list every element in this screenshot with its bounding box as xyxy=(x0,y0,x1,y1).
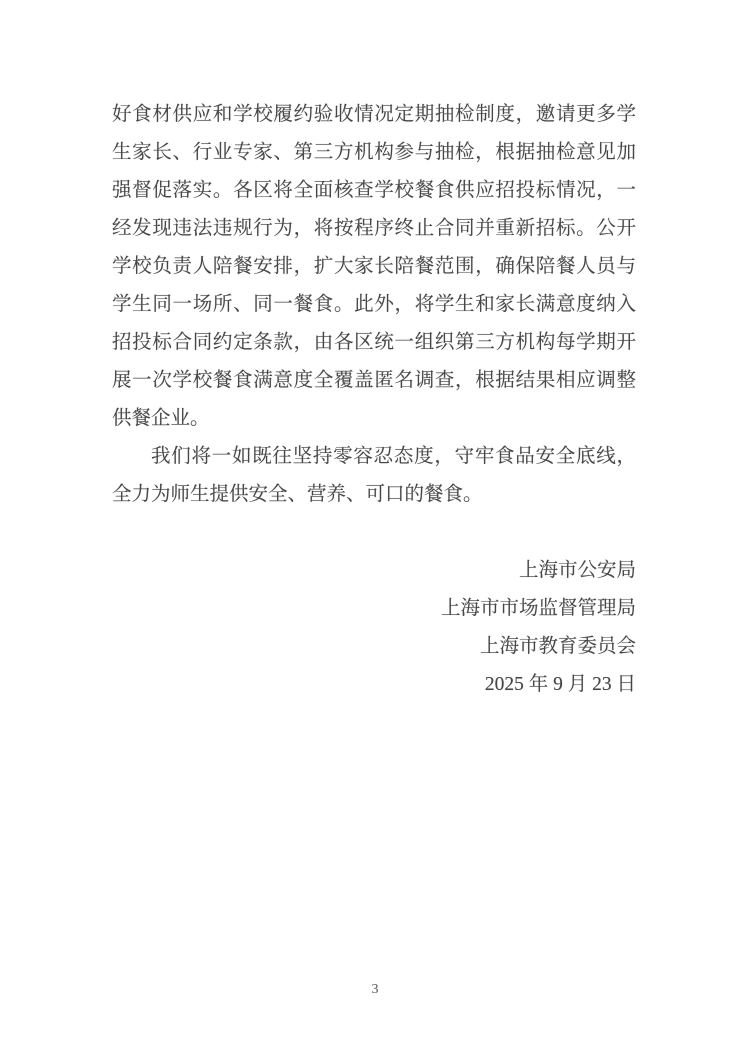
paragraph1-line: 生家长、行业专家、第三方机构参与抽检，根据抽检意见加 xyxy=(112,134,636,172)
paragraph1-line: 供餐企业。 xyxy=(112,400,636,438)
paragraph1-line: 展一次学校餐食满意度全覆盖匿名调查，根据结果相应调整 xyxy=(112,362,636,400)
paragraph1-line: 好食材供应和学校履约验收情况定期抽检制度，邀请更多学 xyxy=(112,96,636,134)
paragraph2-line: 我们将一如既往坚持零容忍态度，守牢食品安全底线， xyxy=(112,438,636,476)
signature-block: 上海市公安局 上海市市场监督管理局 上海市教育委员会 2025 年 9 月 23… xyxy=(112,552,636,704)
paragraph1-line: 经发现违法违规行为，将按程序终止合同并重新招标。公开 xyxy=(112,210,636,248)
paragraph2-line: 全力为师生提供安全、营养、可口的餐食。 xyxy=(112,476,636,514)
signing-org-2: 上海市市场监督管理局 xyxy=(112,590,636,628)
signing-org-3: 上海市教育委员会 xyxy=(112,628,636,666)
paragraph1-line: 强督促落实。各区将全面核查学校餐食供应招投标情况，一 xyxy=(112,172,636,210)
signing-org-1: 上海市公安局 xyxy=(112,552,636,590)
paragraph1-line: 招投标合同约定条款，由各区统一组织第三方机构每学期开 xyxy=(112,324,636,362)
paragraph1-line: 学校负责人陪餐安排，扩大家长陪餐范围，确保陪餐人员与 xyxy=(112,248,636,286)
document-page: 好食材供应和学校履约验收情况定期抽检制度，邀请更多学 生家长、行业专家、第三方机… xyxy=(0,0,750,1062)
page-number: 3 xyxy=(0,980,750,1000)
document-body: 好食材供应和学校履约验收情况定期抽检制度，邀请更多学 生家长、行业专家、第三方机… xyxy=(112,96,636,704)
paragraph1-line: 学生同一场所、同一餐食。此外，将学生和家长满意度纳入 xyxy=(112,286,636,324)
signature-date: 2025 年 9 月 23 日 xyxy=(112,666,636,704)
